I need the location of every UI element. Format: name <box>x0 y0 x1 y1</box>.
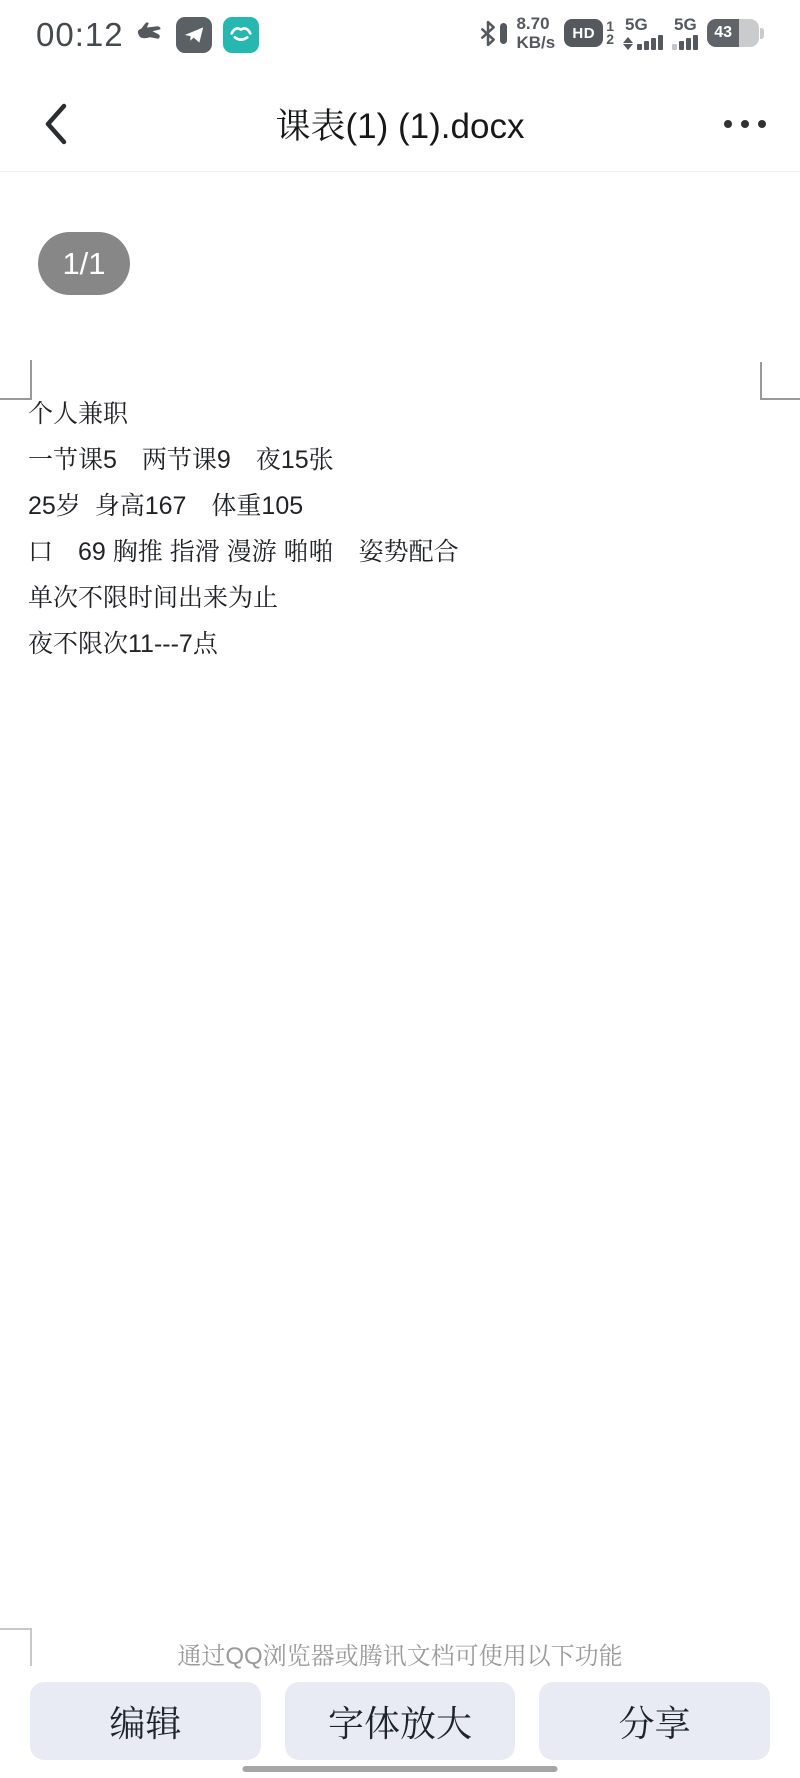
page-corner-mark-top-right <box>760 362 800 400</box>
document-line: 单次不限时间出来为止 <box>28 585 459 611</box>
network-speed-indicator: 8.70 KB/s <box>516 14 555 52</box>
data-activity-arrows-icon <box>623 37 633 50</box>
nio-app-icon <box>223 17 259 53</box>
volte-hd-icon: HD 1 2 <box>564 19 614 47</box>
title-bar: 课表(1) (1).docx <box>0 76 800 172</box>
network-speed-unit: KB/s <box>516 33 555 52</box>
footer-hint-text: 通过QQ浏览器或腾讯文档可使用以下功能 <box>0 1636 800 1671</box>
signal-sim1-icon: 5G <box>623 17 663 50</box>
network-type-sim2: 5G <box>674 17 697 33</box>
sim2-number: 2 <box>606 33 614 46</box>
battery-icon: 43 <box>707 19 764 47</box>
footer-action-bar: 编辑 字体放大 分享 <box>30 1682 770 1760</box>
document-line: 口 69 胸推 指滑 漫游 啪啪 姿势配合 <box>28 539 459 565</box>
more-options-button[interactable] <box>724 110 766 138</box>
page-corner-mark-top-left <box>0 360 32 400</box>
document-line: 个人兼职 <box>28 401 459 427</box>
bluetooth-icon <box>480 20 507 47</box>
document-title: 课表(1) (1).docx <box>0 76 800 171</box>
edit-button[interactable]: 编辑 <box>30 1682 261 1760</box>
network-speed-value: 8.70 <box>516 14 549 33</box>
status-bar: 00:12 <box>0 0 800 76</box>
hd-badge: HD <box>564 19 603 47</box>
share-button[interactable]: 分享 <box>539 1682 770 1760</box>
network-type-sim1: 5G <box>625 17 648 33</box>
document-viewer-screen: 00:12 <box>0 0 800 1778</box>
document-line: 一节课5 两节课9 夜15张 <box>28 447 459 473</box>
gesture-bar[interactable] <box>243 1766 558 1772</box>
document-line: 夜不限次11---7点 <box>28 631 459 657</box>
signal-sim2-icon: 5G <box>672 17 698 50</box>
document-line: 25岁 身高167 体重105 <box>28 493 459 519</box>
enlarge-font-button[interactable]: 字体放大 <box>285 1682 516 1760</box>
page-indicator-badge: 1/1 <box>38 232 130 295</box>
hand-gesture-icon <box>135 20 165 50</box>
more-options-icon <box>724 120 732 128</box>
battery-percent: 43 <box>707 19 739 47</box>
document-page-area[interactable]: 1/1 个人兼职 一节课5 两节课9 夜15张 25岁 身高167 体重105 … <box>0 172 800 1630</box>
clock-time: 00:12 <box>36 16 124 54</box>
document-text-block: 个人兼职 一节课5 两节课9 夜15张 25岁 身高167 体重105 口 69… <box>28 401 459 657</box>
telegram-icon <box>176 17 212 53</box>
